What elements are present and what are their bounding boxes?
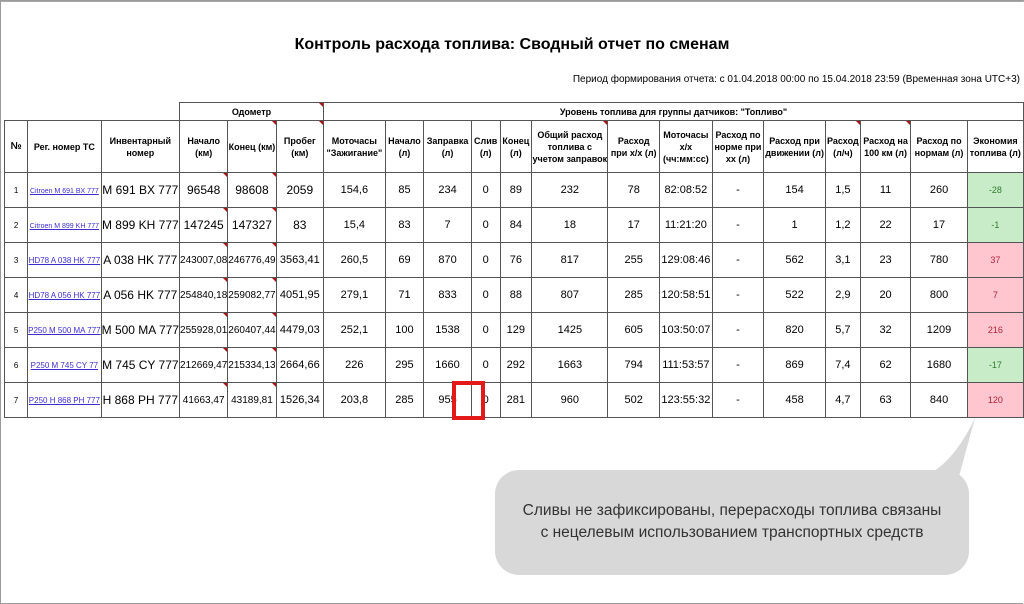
engine-hours: 260,5	[324, 243, 386, 278]
norm-consumption: 1680	[911, 348, 967, 383]
column-header: Конец (л)	[500, 121, 532, 173]
row-number: 7	[5, 383, 28, 418]
callout-line-1: Сливы не зафиксированы, перерасходы топл…	[495, 500, 969, 522]
idle-hours: 111:53:57	[659, 348, 712, 383]
column-header: Расход при движении (л)	[764, 121, 826, 173]
fuel-end: 88	[500, 278, 532, 313]
vehicle-link-anchor[interactable]: P250 H 868 PH 777	[29, 396, 100, 405]
column-header: Начало (л)	[385, 121, 424, 173]
vehicle-link[interactable]: Citroen M 899 KH 777	[28, 208, 102, 243]
consumption-per-100km: 22	[860, 208, 911, 243]
row-number: 5	[5, 313, 28, 348]
mileage: 83	[276, 208, 323, 243]
mileage: 4479,03	[276, 313, 323, 348]
inventory-number: M 899 KH 777	[101, 208, 179, 243]
inventory-number: H 868 PH 777	[101, 383, 179, 418]
vehicle-link[interactable]: P250 H 868 PH 777	[28, 383, 102, 418]
idle-norm: -	[712, 173, 764, 208]
consumption-per-100km: 62	[860, 348, 911, 383]
refuel: 1660	[424, 348, 472, 383]
idle-consumption: 502	[608, 383, 660, 418]
table-row: 2Citroen M 899 KH 777M 899 KH 7771472451…	[5, 208, 1024, 243]
report-title: Контроль расхода топлива: Сводный отчет …	[0, 36, 1024, 54]
total-consumption: 1425	[532, 313, 608, 348]
vehicle-link-anchor[interactable]: HD78 A 038 HK 777	[29, 256, 101, 265]
consumption-per-100km: 63	[860, 383, 911, 418]
total-consumption: 232	[532, 173, 608, 208]
fuel-end: 292	[500, 348, 532, 383]
idle-consumption: 285	[608, 278, 660, 313]
engine-hours: 279,1	[324, 278, 386, 313]
fuel-economy: 37	[967, 243, 1023, 278]
fuel-economy: -28	[967, 173, 1023, 208]
column-header: №	[5, 121, 28, 173]
fuel-end: 89	[500, 173, 532, 208]
column-header: Слив (л)	[471, 121, 500, 173]
column-header: Инвентарный номер	[101, 121, 179, 173]
column-header: Общий расход топлива с учетом заправок	[532, 121, 608, 173]
column-header: Рег. номер ТС	[28, 121, 102, 173]
inventory-number: A 056 HK 777	[101, 278, 179, 313]
row-number: 1	[5, 173, 28, 208]
callout-bubble: Сливы не зафиксированы, перерасходы топл…	[495, 470, 969, 575]
idle-hours: 11:21:20	[659, 208, 712, 243]
idle-consumption: 78	[608, 173, 660, 208]
idle-hours: 82:08:52	[659, 173, 712, 208]
consumption-per-100km: 20	[860, 278, 911, 313]
norm-consumption: 260	[911, 173, 967, 208]
idle-consumption: 17	[608, 208, 660, 243]
consumption-per-hour: 1,5	[825, 173, 860, 208]
odometer-start: 96548	[180, 173, 228, 208]
vehicle-link[interactable]: Citroen M 691 BX 777	[28, 173, 102, 208]
engine-hours: 252,1	[324, 313, 386, 348]
fuel-economy: 7	[967, 278, 1023, 313]
odometer-start: 212669,47	[180, 348, 228, 383]
idle-hours: 120:58:51	[659, 278, 712, 313]
idle-norm: -	[712, 208, 764, 243]
column-header: Расход по нормам (л)	[911, 121, 967, 173]
table-row: 4HD78 A 056 HK 777A 056 HK 777254840,182…	[5, 278, 1024, 313]
group-header-fuel: Уровень топлива для группы датчиков: "То…	[324, 103, 1024, 121]
drain-highlight-box	[452, 381, 485, 420]
row-number: 6	[5, 348, 28, 383]
fuel-start: 83	[385, 208, 424, 243]
inventory-number: M 500 MA 777	[101, 313, 179, 348]
fuel-end: 76	[500, 243, 532, 278]
total-consumption: 807	[532, 278, 608, 313]
refuel: 833	[424, 278, 472, 313]
column-header: Экономия топлива (л)	[967, 121, 1023, 173]
idle-norm: -	[712, 313, 764, 348]
moving-consumption: 1	[764, 208, 826, 243]
fuel-report-table: Одометр Уровень топлива для группы датчи…	[4, 102, 1024, 418]
odometer-end: 147327	[228, 208, 276, 243]
fuel-economy: 120	[967, 383, 1023, 418]
drain: 0	[471, 348, 500, 383]
idle-norm: -	[712, 243, 764, 278]
table-body: 1Citroen M 691 BX 777M 691 BX 7779654898…	[5, 173, 1024, 418]
column-header: Моточасы "Зажигание"	[324, 121, 386, 173]
vehicle-link[interactable]: P250 M 745 CY 77	[28, 348, 102, 383]
odometer-end: 259082,77	[228, 278, 276, 313]
idle-hours: 103:50:07	[659, 313, 712, 348]
idle-consumption: 255	[608, 243, 660, 278]
mileage: 2059	[276, 173, 323, 208]
table-row: 6P250 M 745 CY 77M 745 CY 777212669,4721…	[5, 348, 1024, 383]
moving-consumption: 562	[764, 243, 826, 278]
norm-consumption: 17	[911, 208, 967, 243]
odometer-end: 260407,44	[228, 313, 276, 348]
odometer-start: 255928,01	[180, 313, 228, 348]
table-row: 7P250 H 868 PH 777H 868 PH 77741663,4743…	[5, 383, 1024, 418]
row-number: 4	[5, 278, 28, 313]
fuel-economy: -1	[967, 208, 1023, 243]
vehicle-link-anchor[interactable]: Citroen M 691 BX 777	[30, 188, 99, 195]
drain: 0	[471, 208, 500, 243]
column-header: Начало (км)	[180, 121, 228, 173]
column-header: Расход (л/ч)	[825, 121, 860, 173]
consumption-per-hour: 5,7	[825, 313, 860, 348]
vehicle-link[interactable]: HD78 A 056 HK 777	[28, 278, 102, 313]
odometer-start: 254840,18	[180, 278, 228, 313]
table-row: 1Citroen M 691 BX 777M 691 BX 7779654898…	[5, 173, 1024, 208]
total-consumption: 18	[532, 208, 608, 243]
column-header: Пробег (км)	[276, 121, 323, 173]
callout-line-2: с нецелевым использованием транспортных …	[495, 522, 969, 544]
idle-hours: 123:55:32	[659, 383, 712, 418]
column-header-row: №Рег. номер ТСИнвентарный номерНачало (к…	[5, 121, 1024, 173]
odometer-end: 246776,49	[228, 243, 276, 278]
idle-norm: -	[712, 383, 764, 418]
fuel-start: 85	[385, 173, 424, 208]
odometer-end: 98608	[228, 173, 276, 208]
engine-hours: 226	[324, 348, 386, 383]
column-header: Заправка (л)	[424, 121, 472, 173]
fuel-economy: 216	[967, 313, 1023, 348]
inventory-number: M 745 CY 777	[101, 348, 179, 383]
drain: 0	[471, 313, 500, 348]
header-spacer	[5, 103, 180, 121]
idle-norm: -	[712, 278, 764, 313]
callout-text: Сливы не зафиксированы, перерасходы топл…	[495, 500, 969, 544]
fuel-end: 84	[500, 208, 532, 243]
drain: 0	[471, 278, 500, 313]
moving-consumption: 458	[764, 383, 826, 418]
idle-consumption: 794	[608, 348, 660, 383]
fuel-end: 281	[500, 383, 532, 418]
column-header: Расход при х/х (л)	[608, 121, 660, 173]
total-consumption: 960	[532, 383, 608, 418]
row-number: 3	[5, 243, 28, 278]
vehicle-link-anchor[interactable]: HD78 A 056 HK 777	[29, 291, 101, 300]
consumption-per-hour: 1,2	[825, 208, 860, 243]
vehicle-link[interactable]: HD78 A 038 HK 777	[28, 243, 102, 278]
norm-consumption: 780	[911, 243, 967, 278]
mileage: 2664,66	[276, 348, 323, 383]
norm-consumption: 800	[911, 278, 967, 313]
fuel-end: 129	[500, 313, 532, 348]
odometer-start: 41663,47	[180, 383, 228, 418]
moving-consumption: 820	[764, 313, 826, 348]
norm-consumption: 840	[911, 383, 967, 418]
mileage: 1526,34	[276, 383, 323, 418]
inventory-number: A 038 HK 777	[101, 243, 179, 278]
odometer-start: 147245	[180, 208, 228, 243]
consumption-per-hour: 3,1	[825, 243, 860, 278]
fuel-start: 69	[385, 243, 424, 278]
report-period: Период формирования отчета: с 01.04.2018…	[573, 74, 1020, 85]
moving-consumption: 522	[764, 278, 826, 313]
consumption-per-hour: 7,4	[825, 348, 860, 383]
column-header: Моточасы х/х (чч:мм:сс)	[659, 121, 712, 173]
fuel-economy: -17	[967, 348, 1023, 383]
vehicle-link-anchor[interactable]: Citroen M 899 KH 777	[30, 223, 99, 230]
fuel-start: 71	[385, 278, 424, 313]
fuel-start: 100	[385, 313, 424, 348]
fuel-start: 285	[385, 383, 424, 418]
vehicle-link-anchor[interactable]: P250 M 500 MA 777	[28, 326, 101, 335]
idle-norm: -	[712, 348, 764, 383]
group-header-odometer: Одометр	[180, 103, 324, 121]
fuel-start: 295	[385, 348, 424, 383]
total-consumption: 817	[532, 243, 608, 278]
engine-hours: 154,6	[324, 173, 386, 208]
moving-consumption: 154	[764, 173, 826, 208]
consumption-per-hour: 2,9	[825, 278, 860, 313]
vehicle-link[interactable]: P250 M 500 MA 777	[28, 313, 102, 348]
mileage: 3563,41	[276, 243, 323, 278]
idle-hours: 129:08:46	[659, 243, 712, 278]
consumption-per-100km: 23	[860, 243, 911, 278]
norm-consumption: 1209	[911, 313, 967, 348]
consumption-per-hour: 4,7	[825, 383, 860, 418]
refuel: 7	[424, 208, 472, 243]
table-row: 5P250 M 500 MA 777M 500 MA 777255928,012…	[5, 313, 1024, 348]
refuel: 234	[424, 173, 472, 208]
inventory-number: M 691 BX 777	[101, 173, 179, 208]
engine-hours: 203,8	[324, 383, 386, 418]
column-header: Расход по норме при хх (л)	[712, 121, 764, 173]
odometer-start: 243007,08	[180, 243, 228, 278]
column-header: Конец (км)	[228, 121, 276, 173]
idle-consumption: 605	[608, 313, 660, 348]
odometer-end: 43189,81	[228, 383, 276, 418]
refuel: 870	[424, 243, 472, 278]
row-number: 2	[5, 208, 28, 243]
mileage: 4051,95	[276, 278, 323, 313]
consumption-per-100km: 11	[860, 173, 911, 208]
total-consumption: 1663	[532, 348, 608, 383]
vehicle-link-anchor[interactable]: P250 M 745 CY 77	[31, 361, 98, 370]
moving-consumption: 869	[764, 348, 826, 383]
consumption-per-100km: 32	[860, 313, 911, 348]
engine-hours: 15,4	[324, 208, 386, 243]
odometer-end: 215334,13	[228, 348, 276, 383]
drain: 0	[471, 243, 500, 278]
column-header: Расход на 100 км (л)	[860, 121, 911, 173]
table-row: 3HD78 A 038 HK 777A 038 HK 777243007,082…	[5, 243, 1024, 278]
drain: 0	[471, 173, 500, 208]
refuel: 1538	[424, 313, 472, 348]
